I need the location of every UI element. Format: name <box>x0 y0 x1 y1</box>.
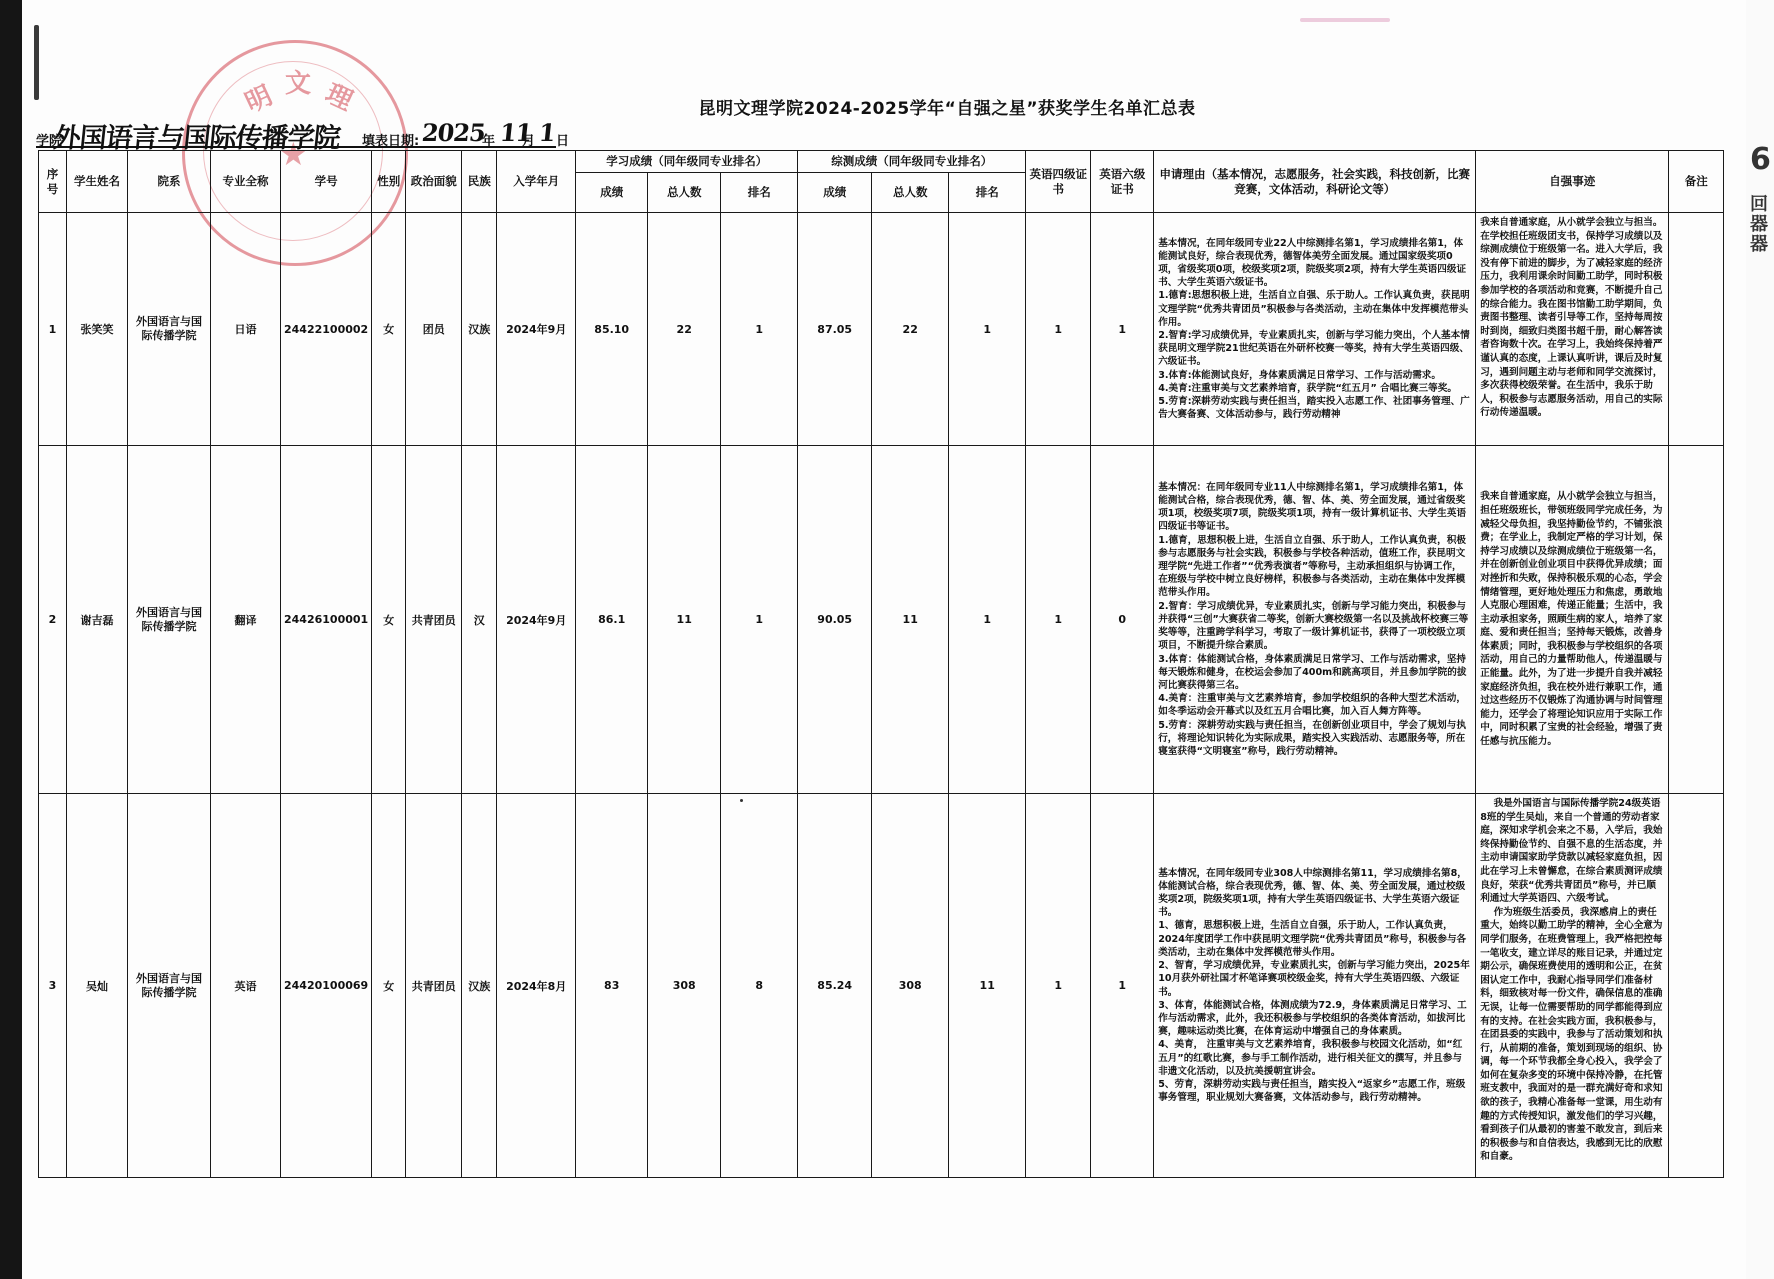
cell-department: 外国语言与国际传播学院 <box>128 213 211 446</box>
cell-name: 张笑笑 <box>67 213 128 446</box>
header-remarks: 备注 <box>1669 151 1724 213</box>
cell-major: 英语 <box>211 794 281 1178</box>
cell-seq: 2 <box>39 446 67 794</box>
scan-speck <box>740 799 743 802</box>
cell-comp-rank: 11 <box>949 794 1026 1178</box>
cell-name: 吴灿 <box>67 794 128 1178</box>
header-comp-total: 总人数 <box>872 173 949 213</box>
cell-political-status: 共青团员 <box>406 794 462 1178</box>
cell-name: 谢吉磊 <box>67 446 128 794</box>
header-cet4: 英语四级证书 <box>1026 151 1091 213</box>
cell-student-id: 24420100069 <box>281 794 372 1178</box>
header-department: 院系 <box>128 151 211 213</box>
header-name: 学生姓名 <box>67 151 128 213</box>
header-seq: 序号 <box>39 151 67 213</box>
fill-date-day: 1 <box>537 118 556 147</box>
cell-academic-rank: 8 <box>721 794 798 1178</box>
table-row: 2 谢吉磊 外国语言与国际传播学院 翻译 24426100001 女 共青团员 … <box>39 446 1724 794</box>
cell-comp-score: 87.05 <box>798 213 872 446</box>
header-political-status: 政治面貌 <box>406 151 462 213</box>
cell-ethnicity: 汉族 <box>462 794 497 1178</box>
cell-story: 我是外国语言与国际传播学院24级英语8班的学生吴灿，来自一个普通的劳动者家庭，深… <box>1476 794 1669 1178</box>
cell-comp-rank: 1 <box>949 446 1026 794</box>
cell-reason: 基本情况，在同年级同专业22人中综测排名第1，学习成绩排名第1，体能测试良好，综… <box>1154 213 1476 446</box>
header-comp-score: 成绩 <box>798 173 872 213</box>
cell-political-status: 团员 <box>406 213 462 446</box>
header-comp-rank: 排名 <box>949 173 1026 213</box>
cell-academic-rank: 1 <box>721 446 798 794</box>
cell-academic-total: 22 <box>648 213 721 446</box>
cell-student-id: 24422100002 <box>281 213 372 446</box>
meta-underline <box>36 146 556 148</box>
cell-student-id: 24426100001 <box>281 446 372 794</box>
fill-date-year: 2025 <box>420 118 486 147</box>
cell-department: 外国语言与国际传播学院 <box>128 446 211 794</box>
cell-comp-total: 308 <box>872 794 949 1178</box>
cell-comp-score: 85.24 <box>798 794 872 1178</box>
cell-story: 我来自普通家庭，从小就学会独立与担当。在学校担任班级团支书，保持学习成绩以及综测… <box>1476 213 1669 446</box>
cell-comp-total: 22 <box>872 213 949 446</box>
cell-academic-total: 11 <box>648 446 721 794</box>
scan-artifact <box>1300 18 1390 22</box>
cell-story: 我来自普通家庭，从小就学会独立与担当，担任班级班长，带领班级同学完成任务，为减轻… <box>1476 446 1669 794</box>
cell-comp-score: 90.05 <box>798 446 872 794</box>
header-row-1: 序号 学生姓名 院系 专业全称 学号 性别 政治面貌 民族 入学年月 学习成绩（… <box>39 151 1724 173</box>
cell-seq: 3 <box>39 794 67 1178</box>
cell-cet4: 1 <box>1026 794 1091 1178</box>
scan-edge-left <box>0 0 22 1279</box>
header-ethnicity: 民族 <box>462 151 497 213</box>
document-title-text: 昆明文理学院2024-2025学年“自强之星”获奖学生名单汇总表 <box>698 99 1195 119</box>
header-academic-total: 总人数 <box>648 173 721 213</box>
cell-ethnicity: 汉 <box>462 446 497 794</box>
cell-political-status: 共青团员 <box>406 446 462 794</box>
header-academic-group: 学习成绩（同年级同专业排名） <box>576 151 798 173</box>
cell-cet6: 0 <box>1091 446 1154 794</box>
cell-reason: 基本情况，在同年级同专业308人中综测排名第11，学习成绩排名第8，体能测试合格… <box>1154 794 1476 1178</box>
cell-cet4: 1 <box>1026 213 1091 446</box>
cell-remarks <box>1669 794 1724 1178</box>
cell-gender: 女 <box>372 794 406 1178</box>
cell-remarks <box>1669 213 1724 446</box>
cell-gender: 女 <box>372 213 406 446</box>
header-enrollment: 入学年月 <box>497 151 576 213</box>
cell-gender: 女 <box>372 446 406 794</box>
cell-major: 日语 <box>211 213 281 446</box>
header-reason: 申请理由（基本情况，志愿服务，社会实践，科技创新，比赛竞赛，文体活动，科研论文等… <box>1154 151 1476 213</box>
cell-enrollment: 2024年9月 <box>497 446 576 794</box>
table-row: 1 张笑笑 外国语言与国际传播学院 日语 24422100002 女 团员 汉族… <box>39 213 1724 446</box>
cell-academic-score: 83 <box>576 794 648 1178</box>
edge-glyph: 6 <box>1750 142 1771 177</box>
margin-mark <box>34 25 39 100</box>
cell-cet6: 1 <box>1091 213 1154 446</box>
cell-academic-rank: 1 <box>721 213 798 446</box>
cell-academic-total: 308 <box>648 794 721 1178</box>
cell-ethnicity: 汉族 <box>462 213 497 446</box>
cell-cet4: 1 <box>1026 446 1091 794</box>
award-summary-table: 序号 学生姓名 院系 专业全称 学号 性别 政治面貌 民族 入学年月 学习成绩（… <box>38 150 1724 1178</box>
header-academic-score: 成绩 <box>576 173 648 213</box>
header-student-id: 学号 <box>281 151 372 213</box>
fill-date-day-suffix: 日 <box>556 130 569 149</box>
cell-major: 翻译 <box>211 446 281 794</box>
table-row: 3 吴灿 外国语言与国际传播学院 英语 24420100069 女 共青团员 汉… <box>39 794 1724 1178</box>
cell-seq: 1 <box>39 213 67 446</box>
cell-reason: 基本情况：在同年级同专业11人中综测排名第1，学习成绩排名第1，体能测试合格，综… <box>1154 446 1476 794</box>
cell-remarks <box>1669 446 1724 794</box>
edge-glyph: 器 <box>1750 230 1768 256</box>
cell-cet6: 1 <box>1091 794 1154 1178</box>
header-comprehensive-group: 综测成绩（同年级同专业排名） <box>798 151 1026 173</box>
cell-academic-score: 86.1 <box>576 446 648 794</box>
scan-edge-right: 6 回 器 器 <box>1746 0 1774 1279</box>
header-academic-rank: 排名 <box>721 173 798 213</box>
header-gender: 性别 <box>372 151 406 213</box>
cell-enrollment: 2024年9月 <box>497 213 576 446</box>
cell-academic-score: 85.10 <box>576 213 648 446</box>
header-major: 专业全称 <box>211 151 281 213</box>
cell-enrollment: 2024年8月 <box>497 794 576 1178</box>
header-cet6: 英语六级证书 <box>1091 151 1154 213</box>
header-story: 自强事迹 <box>1476 151 1669 213</box>
cell-comp-rank: 1 <box>949 213 1026 446</box>
cell-department: 外国语言与国际传播学院 <box>128 794 211 1178</box>
cell-comp-total: 11 <box>872 446 949 794</box>
